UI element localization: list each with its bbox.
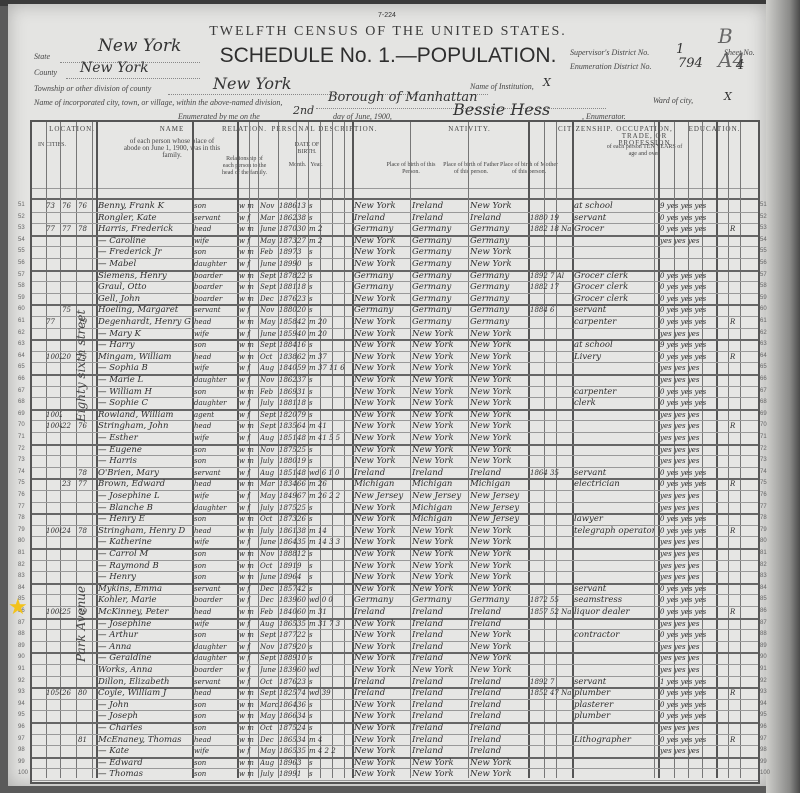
immigration-year (530, 629, 572, 641)
immigration-year (530, 745, 572, 757)
birth-month: May (260, 316, 278, 328)
birth-month: Oct (260, 560, 278, 572)
birthplace-mother: New York (470, 420, 528, 432)
marital-status: s (309, 757, 351, 769)
table-row: 5454— Carolinewifew fMay187327m 2New Yor… (32, 235, 758, 247)
age: 67 (297, 490, 308, 502)
family-number (78, 444, 92, 456)
birth-year: 1859 (279, 328, 297, 340)
line-number: 76 (18, 492, 25, 498)
table-row: 6767— William Hsonw mFeb186931sNew YorkN… (32, 386, 758, 398)
line-number-right: 87 (760, 620, 767, 626)
immigration-year: 1892 7 Al (530, 270, 572, 282)
birthplace-father: Germany (412, 304, 468, 316)
line-number: 62 (18, 330, 25, 336)
birth-year: 1881 (279, 281, 297, 293)
occupation: plumber (574, 710, 654, 722)
line-number-right: 68 (760, 399, 767, 405)
line-number-right: 70 (760, 422, 767, 428)
birthplace-father: New York (412, 455, 468, 467)
house-number (46, 676, 62, 688)
relation: head (194, 687, 236, 699)
birth-month: July (260, 397, 278, 409)
enumeration-value: 794 (678, 56, 703, 71)
line-number: 83 (18, 573, 25, 579)
birth-year: 1820 (279, 409, 297, 421)
birth-month: Sept (260, 629, 278, 641)
home-ownership: R (730, 478, 742, 490)
home-ownership: R (730, 316, 742, 328)
line-number-right: 79 (760, 527, 767, 533)
star-icon[interactable]: ★ (8, 596, 28, 618)
birthplace-father: New York (412, 409, 468, 421)
birthplace-person: New York (354, 235, 410, 247)
birthplace-mother: New Jersey (470, 513, 528, 525)
relation: agent (194, 409, 236, 421)
header-name-desc: of each person whose place of abode on J… (122, 138, 222, 159)
table-row: 7676— Josephine Lwifew fMay184967m 26 2 … (32, 490, 758, 502)
population-table: LOCATION. IN CITIES. NAME of each person… (30, 120, 760, 784)
birthplace-person: Ireland (354, 212, 410, 224)
color-sex: w m (239, 722, 259, 734)
birthplace-mother: New York (470, 548, 528, 560)
birth-month: Sept (260, 652, 278, 664)
immigration-year (530, 618, 572, 630)
person-name: McEnaney, Thomas (98, 734, 192, 746)
immigration-year (530, 455, 572, 467)
table-row: 5757Siemens, Henryboarderw mSept187822sG… (32, 270, 758, 282)
header-relation: RELATION. (222, 126, 267, 133)
color-sex: w m (239, 270, 259, 282)
color-sex: w f (239, 258, 259, 270)
color-sex: w f (239, 328, 259, 340)
line-number-right: 80 (760, 538, 767, 544)
person-name: — Eugene (98, 444, 192, 456)
relation: wife (194, 432, 236, 444)
birthplace-father: Ireland (412, 710, 468, 722)
birthplace-person: New York (354, 444, 410, 456)
line-number: 58 (18, 283, 25, 289)
immigration-year (530, 652, 572, 664)
relation: boarder (194, 664, 236, 676)
person-name: — Marie L (98, 374, 192, 386)
person-name: O'Brien, Mary (98, 467, 192, 479)
relation: son (194, 768, 236, 780)
education: yes yes yes (660, 618, 716, 630)
dwelling-number (62, 293, 76, 305)
birth-year: 1877 (279, 629, 297, 641)
birthplace-person: New Jersey (354, 490, 410, 502)
line-number: 67 (18, 388, 25, 394)
enumerated-day: 2nd (293, 104, 314, 117)
marital-status: s (309, 710, 351, 722)
age: 64 (297, 420, 308, 432)
dwelling-number (62, 722, 76, 734)
dwelling-number (62, 664, 76, 676)
birthplace-father: Ireland (412, 676, 468, 688)
table-row: 6363— Harrysonw mSept188416sNew YorkNew … (32, 339, 758, 351)
birthplace-father: Germany (412, 281, 468, 293)
house-number (46, 513, 62, 525)
age: 18 (297, 281, 308, 293)
table-row: 100100— Thomassonw mJuly18991sNew YorkNe… (32, 768, 758, 780)
birthplace-person: Ireland (354, 606, 410, 618)
age: 48 (297, 432, 308, 444)
home-ownership: R (730, 525, 742, 537)
birthplace-mother: New York (470, 536, 528, 548)
occupation (574, 362, 654, 374)
table-row: 8484Mykins, Emmaservantw fDec185742sNew … (32, 583, 758, 595)
birthplace-father: New York (412, 560, 468, 572)
line-number: 52 (18, 214, 25, 220)
family-number (78, 768, 92, 780)
line-number-right: 75 (760, 480, 767, 486)
birthplace-mother: Germany (470, 223, 528, 235)
birthplace-mother: New York (470, 374, 528, 386)
birthplace-person: New York (354, 409, 410, 421)
age: 0 (297, 258, 308, 270)
table-row: 7878— Henry Esonw mOct187326sNew YorkMic… (32, 513, 758, 525)
occupation (574, 258, 654, 270)
home-ownership (730, 339, 742, 351)
birth-month: Sept (260, 281, 278, 293)
birth-year: 1889 (279, 652, 297, 664)
birthplace-father: Ireland (412, 467, 468, 479)
dwelling-number: 76 (62, 200, 76, 212)
birthplace-mother: Germany (470, 235, 528, 247)
education: 0 yes yes yes (660, 478, 716, 490)
education: 0 yes yes yes (660, 304, 716, 316)
birthplace-father: Ireland (412, 629, 468, 641)
table-row: 7171— Estherwifew fAug185148m 41 5 5New … (32, 432, 758, 444)
occupation: plumber (574, 687, 654, 699)
person-name: Benny, Frank K (98, 200, 192, 212)
immigration-year (530, 246, 572, 258)
color-sex: w m (239, 768, 259, 780)
age: 74 (297, 687, 308, 699)
education: yes yes yes (660, 652, 716, 664)
color-sex: w f (239, 409, 259, 421)
birth-month: June (260, 571, 278, 583)
house-number (46, 293, 62, 305)
dwelling-number (62, 757, 76, 769)
table-row: 7777— Blanche Bdaughterw fJuly187525sNew… (32, 502, 758, 514)
immigration-year (530, 502, 572, 514)
line-number-right: 88 (760, 631, 767, 637)
dwelling-number (62, 502, 76, 514)
birthplace-person: New York (354, 699, 410, 711)
education: yes yes yes (660, 490, 716, 502)
education: yes yes yes (660, 536, 716, 548)
marital-status: s (309, 212, 351, 224)
line-number-right: 74 (760, 469, 767, 475)
education (660, 258, 716, 270)
birthplace-father: Ireland (412, 745, 468, 757)
table-row: 9696— Charlessonw mOct187524sNew YorkIre… (32, 722, 758, 734)
education: yes yes yes (660, 745, 716, 757)
line-number-right: 97 (760, 736, 767, 742)
house-number (46, 768, 62, 780)
relation: servant (194, 212, 236, 224)
birthplace-person: Germany (354, 304, 410, 316)
table-row: 7373— Harrissonw mJuly188019sNew YorkNew… (32, 455, 758, 467)
dwelling-number (62, 212, 76, 224)
sheet-label: Sheet No. (724, 48, 755, 57)
table-row: 8585Kohler, Marieboarderw fDec183960wd 0… (32, 594, 758, 606)
house-number (46, 339, 62, 351)
age: 35 (297, 536, 308, 548)
color-sex: w f (239, 641, 259, 653)
birthplace-father: Michigan (412, 513, 468, 525)
birth-year: 1897 (279, 246, 297, 258)
education: 0 yes yes yes (660, 629, 716, 641)
age: 48 (297, 467, 308, 479)
line-number-right: 91 (760, 666, 767, 672)
home-ownership (730, 397, 742, 409)
age: 25 (297, 502, 308, 514)
col-number-divider-top (32, 188, 758, 189)
age: 30 (297, 223, 308, 235)
birth-year: 1884 (279, 339, 297, 351)
table-row: 61617779Degenhardt, Henry Gheadw mMay185… (32, 316, 758, 328)
family-number (78, 455, 92, 467)
education: 0 yes yes yes (660, 212, 716, 224)
color-sex: w m (239, 548, 259, 560)
birthplace-mother: Germany (470, 316, 528, 328)
dwelling-number (62, 455, 76, 467)
birthplace-father: Ireland (412, 687, 468, 699)
house-number (46, 629, 62, 641)
birthplace-mother: Germany (470, 304, 528, 316)
line-number: 51 (18, 202, 25, 208)
person-name: — Mabel (98, 258, 192, 270)
house-number (46, 583, 62, 595)
marital-status: wd 39 (309, 687, 351, 699)
birthplace-father: Germany (412, 594, 468, 606)
birth-month: Aug (260, 618, 278, 630)
birthplace-mother: Ireland (470, 606, 528, 618)
house-number (46, 235, 62, 247)
home-ownership (730, 699, 742, 711)
dwelling-number: 22 (62, 420, 76, 432)
birth-year: 1862 (279, 212, 297, 224)
person-name: — William H (98, 386, 192, 398)
birthplace-person: New York (354, 513, 410, 525)
line-number: 90 (18, 654, 25, 660)
marital-status: s (309, 676, 351, 688)
marital-status: s (309, 513, 351, 525)
immigration-year (530, 699, 572, 711)
birth-year: 1840 (279, 606, 297, 618)
occupation: seamstress (574, 594, 654, 606)
line-number: 69 (18, 411, 25, 417)
relation: boarder (194, 293, 236, 305)
education: yes yes yes (660, 571, 716, 583)
immigration-year (530, 397, 572, 409)
birthplace-mother: Ireland (470, 710, 528, 722)
occupation (574, 235, 654, 247)
color-sex: w f (239, 652, 259, 664)
person-name: — Josephine (98, 618, 192, 630)
birth-year: 1875 (279, 502, 297, 514)
immigration-year (530, 513, 572, 525)
line-number: 60 (18, 306, 25, 312)
birthplace-person: New York (354, 722, 410, 734)
family-number: 80 (78, 687, 92, 699)
home-ownership: R (730, 734, 742, 746)
home-ownership: R (730, 687, 742, 699)
county-value: New York (80, 60, 149, 76)
birthplace-father: New York (412, 525, 468, 537)
education: yes yes yes (660, 664, 716, 676)
immigration-year (530, 374, 572, 386)
dwelling-number: 24 (62, 525, 76, 537)
line-number: 68 (18, 399, 25, 405)
home-ownership (730, 664, 742, 676)
header-personal: PERSONAL DESCRIPTION. (267, 126, 382, 133)
relation: daughter (194, 258, 236, 270)
line-number-right: 69 (760, 411, 767, 417)
birth-year: 1851 (279, 432, 297, 444)
house-number: 1004 (46, 420, 62, 432)
immigration-year (530, 316, 572, 328)
line-number-right: 95 (760, 712, 767, 718)
dwelling-number (62, 710, 76, 722)
dwelling-number (62, 432, 76, 444)
table-row: 9494— Johnsonw mMarch186436sNew YorkIrel… (32, 699, 758, 711)
color-sex: w m (239, 246, 259, 258)
birth-month: Oct (260, 351, 278, 363)
immigration-year (530, 548, 572, 560)
line-number: 54 (18, 237, 25, 243)
birth-month: Nov (260, 548, 278, 560)
birthplace-mother: Germany (470, 293, 528, 305)
house-number (46, 281, 62, 293)
color-sex: w m (239, 281, 259, 293)
relation: head (194, 734, 236, 746)
relation: wife (194, 235, 236, 247)
line-number-right: 78 (760, 515, 767, 521)
education: 0 yes yes yes (660, 467, 716, 479)
birth-year: 1876 (279, 293, 297, 305)
line-number: 94 (18, 701, 25, 707)
occupation: servant (574, 212, 654, 224)
table-row: 646410022075Mingam, Williamheadw mOct183… (32, 351, 758, 363)
person-name: — Frederick Jr (98, 246, 192, 258)
person-name: — Harry (98, 339, 192, 351)
person-name: — Henry E (98, 513, 192, 525)
birth-month: May (260, 710, 278, 722)
occupation (574, 768, 654, 780)
line-number-right: 89 (760, 643, 767, 649)
birthplace-father: New York (412, 432, 468, 444)
immigration-year (530, 339, 572, 351)
birth-year: 1857 (279, 583, 297, 595)
dwelling-number (62, 246, 76, 258)
table-row: 9898— Katewifew fMay186535m 4 2 2New Yor… (32, 745, 758, 757)
dwelling-number (62, 270, 76, 282)
birthplace-father: Ireland (412, 618, 468, 630)
line-number-right: 84 (760, 585, 767, 591)
birth-year: 1865 (279, 734, 297, 746)
home-ownership (730, 258, 742, 270)
table-row: 606075Hoeling, Margaretservantw fNov1880… (32, 304, 758, 316)
line-number: 87 (18, 620, 25, 626)
ward-value: X (724, 90, 732, 103)
relation: wife (194, 536, 236, 548)
line-number: 91 (18, 666, 25, 672)
birthplace-mother: New York (470, 328, 528, 340)
marital-status: wd 6 1 0 (309, 467, 351, 479)
table-row: 8181— Carrol Msonw mNov188812sNew YorkNe… (32, 548, 758, 560)
birth-month: July (260, 502, 278, 514)
home-ownership (730, 768, 742, 780)
birthplace-person: New York (354, 745, 410, 757)
immigration-year (530, 258, 572, 270)
immigration-year (530, 362, 572, 374)
marital-status: m 14 (309, 525, 351, 537)
age: 24 (297, 722, 308, 734)
color-sex: w f (239, 467, 259, 479)
house-number: 73 (46, 200, 62, 212)
table-row: 8989— Annadaughterw fNov187920sNew YorkI… (32, 641, 758, 653)
relation: son (194, 699, 236, 711)
family-number (78, 212, 92, 224)
family-number (78, 710, 92, 722)
age: 3 (297, 246, 308, 258)
age: 40 (297, 328, 308, 340)
house-number (46, 432, 62, 444)
relation: head (194, 223, 236, 235)
birth-year: 1881 (279, 397, 297, 409)
house-number (46, 652, 62, 664)
birthplace-father: Ireland (412, 699, 468, 711)
education: 0 yes yes yes (660, 223, 716, 235)
occupation (574, 374, 654, 386)
home-ownership (730, 571, 742, 583)
home-ownership (730, 328, 742, 340)
color-sex: w m (239, 351, 259, 363)
relation: servant (194, 676, 236, 688)
immigration-year: 1882 17 (530, 281, 572, 293)
age: 60 (297, 606, 308, 618)
house-number (46, 548, 62, 560)
table-row: 868610082579McKinney, Peterheadw mFeb184… (32, 606, 758, 618)
occupation (574, 560, 654, 572)
occupation (574, 536, 654, 548)
marital-status: s (309, 339, 351, 351)
birthplace-person: Germany (354, 594, 410, 606)
birth-month: Sept (260, 409, 278, 421)
dwelling-number (62, 444, 76, 456)
line-number-right: 58 (760, 283, 767, 289)
education: yes yes yes (660, 235, 716, 247)
marital-status: m 4 2 2 (309, 745, 351, 757)
person-name: Mykins, Emma (98, 583, 192, 595)
relation: daughter (194, 397, 236, 409)
birth-month: May (260, 745, 278, 757)
occupation: at school (574, 200, 654, 212)
birthplace-person: New York (354, 664, 410, 676)
immigration-year (530, 328, 572, 340)
person-name: Kohler, Marie (98, 594, 192, 606)
home-ownership (730, 304, 742, 316)
dwelling-number (62, 467, 76, 479)
line-number-right: 92 (760, 678, 767, 684)
person-name: Brown, Edward (98, 478, 192, 490)
immigration-year: 1872 55 (530, 594, 572, 606)
birthplace-person: New York (354, 652, 410, 664)
